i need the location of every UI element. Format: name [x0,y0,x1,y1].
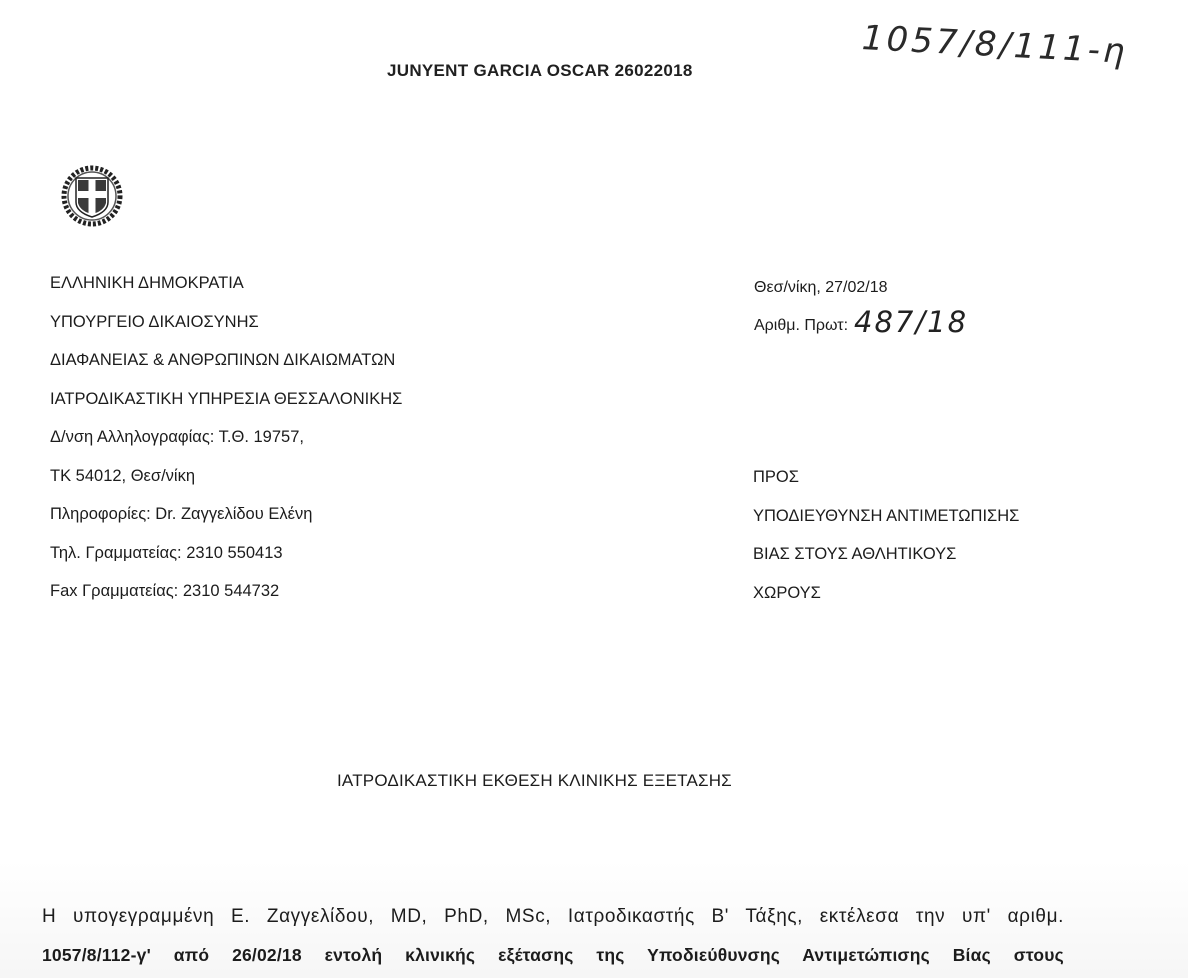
sender-line: ΥΠΟΥΡΓΕΙΟ ΔΙΚΑΙΟΣΥΝΗΣ [50,303,402,342]
body-paragraph-line: Η υπογεγραμμένη Ε. Ζαγγελίδου, MD, PhD, … [42,898,1064,936]
protocol-label: Αριθμ. Πρωτ: [754,310,848,342]
report-title: ΙΑΤΡΟΔΙΚΑΣΤΙΚΗ ΕΚΘΕΣΗ ΚΛΙΝΙΚΗΣ ΕΞΕΤΑΣΗΣ [337,771,732,791]
document-date: Θεσ/νίκη, 27/02/18 [754,272,968,304]
sender-line: ΤΚ 54012, Θεσ/νίκη [50,457,402,496]
body-paragraph-line: 1057/8/112-γ' από 26/02/18 εντολή κλινικ… [42,936,1064,974]
sender-line: ΙΑΤΡΟΔΙΚΑΣΤΙΚΗ ΥΠΗΡΕΣΙΑ ΘΕΣΣΑΛΟΝΙΚΗΣ [50,380,402,419]
sender-line: Fax Γραμματείας: 2310 544732 [50,572,402,611]
date-protocol-block: Θεσ/νίκη, 27/02/18 Αριθμ. Πρωτ: 487/18 [754,272,968,342]
greek-coat-of-arms-icon [58,162,126,230]
recipient-line: ΧΩΡΟΥΣ [753,574,1019,613]
case-header: JUNYENT GARCIA OSCAR 26022018 [387,61,693,81]
recipient-line: ΒΙΑΣ ΣΤΟΥΣ ΑΘΛΗΤΙΚΟΥΣ [753,535,1019,574]
handwritten-reference-number: 1057/8/111-η [861,18,1129,72]
sender-line: ΔΙΑΦΑΝΕΙΑΣ & ΑΝΘΡΩΠΙΝΩΝ ΔΙΚΑΙΩΜΑΤΩΝ [50,341,402,380]
recipient-line: ΠΡΟΣ [753,458,1019,497]
protocol-number-handwritten: 487/18 [854,306,968,338]
recipient-line: ΥΠΟΔΙΕΥΘΥΝΣΗ ΑΝΤΙΜΕΤΩΠΙΣΗΣ [753,497,1019,536]
sender-line: Τηλ. Γραμματείας: 2310 550413 [50,534,402,573]
sender-line: Δ/νση Αλληλογραφίας: Τ.Θ. 19757, [50,418,402,457]
sender-line: ΕΛΛΗΝΙΚΗ ΔΗΜΟΚΡΑΤΙΑ [50,264,402,303]
sender-address-block: ΕΛΛΗΝΙΚΗ ΔΗΜΟΚΡΑΤΙΑ ΥΠΟΥΡΓΕΙΟ ΔΙΚΑΙΟΣΥΝΗ… [50,264,402,611]
sender-line: Πληροφορίες: Dr. Ζαγγελίδου Ελένη [50,495,402,534]
document-page: JUNYENT GARCIA OSCAR 26022018 1057/8/111… [0,0,1188,978]
report-body: Η υπογεγραμμένη Ε. Ζαγγελίδου, MD, PhD, … [42,898,1064,974]
protocol-number-row: Αριθμ. Πρωτ: 487/18 [754,304,968,342]
recipient-block: ΠΡΟΣ ΥΠΟΔΙΕΥΘΥΝΣΗ ΑΝΤΙΜΕΤΩΠΙΣΗΣ ΒΙΑΣ ΣΤΟ… [753,458,1019,612]
